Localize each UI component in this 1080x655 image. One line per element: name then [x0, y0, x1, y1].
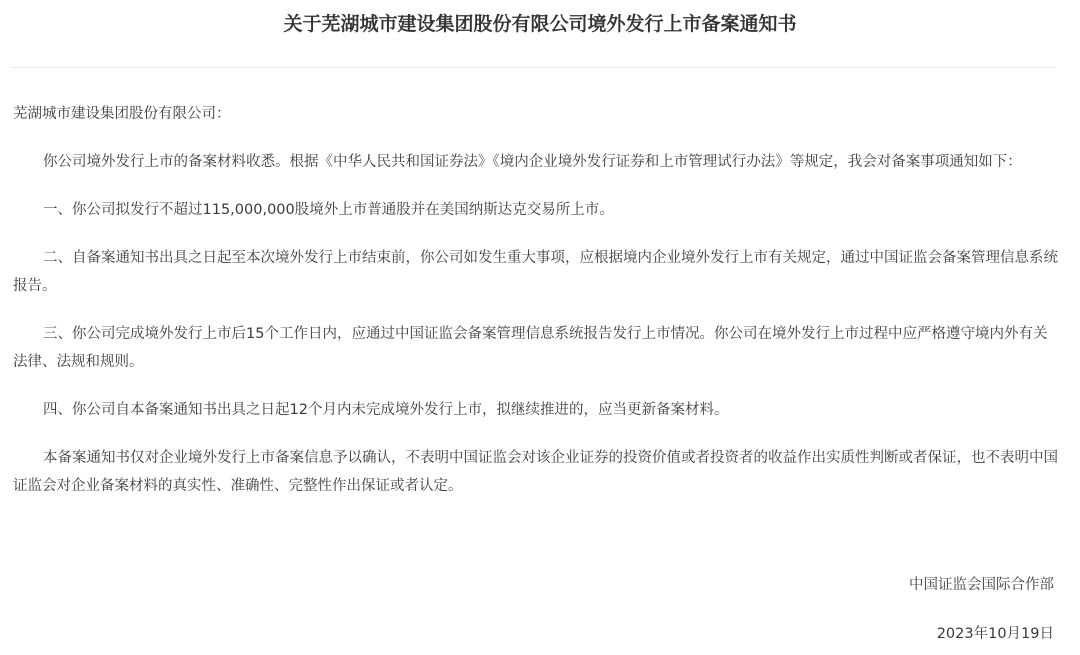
item-three-paragraph: 三、你公司完成境外发行上市后15个工作日内，应通过中国证监会备案管理信息系统报告…	[13, 320, 1058, 376]
disclaimer-paragraph: 本备案通知书仅对企业境外发行上市备案信息予以确认，不表明中国证监会对该企业证券的…	[13, 444, 1058, 500]
item-four-paragraph: 四、你公司自本备案通知书出具之日起12个月内未完成境外发行上市，拟继续推进的，应…	[13, 396, 1058, 424]
document-body: 芜湖城市建设集团股份有限公司： 你公司境外发行上市的备案材料收悉。根据《中华人民…	[13, 100, 1058, 500]
document-title: 关于芜湖城市建设集团股份有限公司境外发行上市备案通知书	[0, 10, 1080, 38]
salutation: 芜湖城市建设集团股份有限公司：	[13, 100, 1058, 128]
item-one-paragraph: 一、你公司拟发行不超过115,000,000股境外上市普通股并在美国纳斯达克交易…	[13, 196, 1058, 224]
intro-paragraph: 你公司境外发行上市的备案材料收悉。根据《中华人民共和国证券法》《境内企业境外发行…	[13, 148, 1058, 176]
signature-date: 2023年10月19日	[937, 622, 1054, 646]
item-two-paragraph: 二、自备案通知书出具之日起至本次境外发行上市结束前，你公司如发生重大事项，应根据…	[13, 244, 1058, 300]
title-divider	[12, 67, 1056, 68]
signature-organization: 中国证监会国际合作部	[909, 573, 1054, 597]
